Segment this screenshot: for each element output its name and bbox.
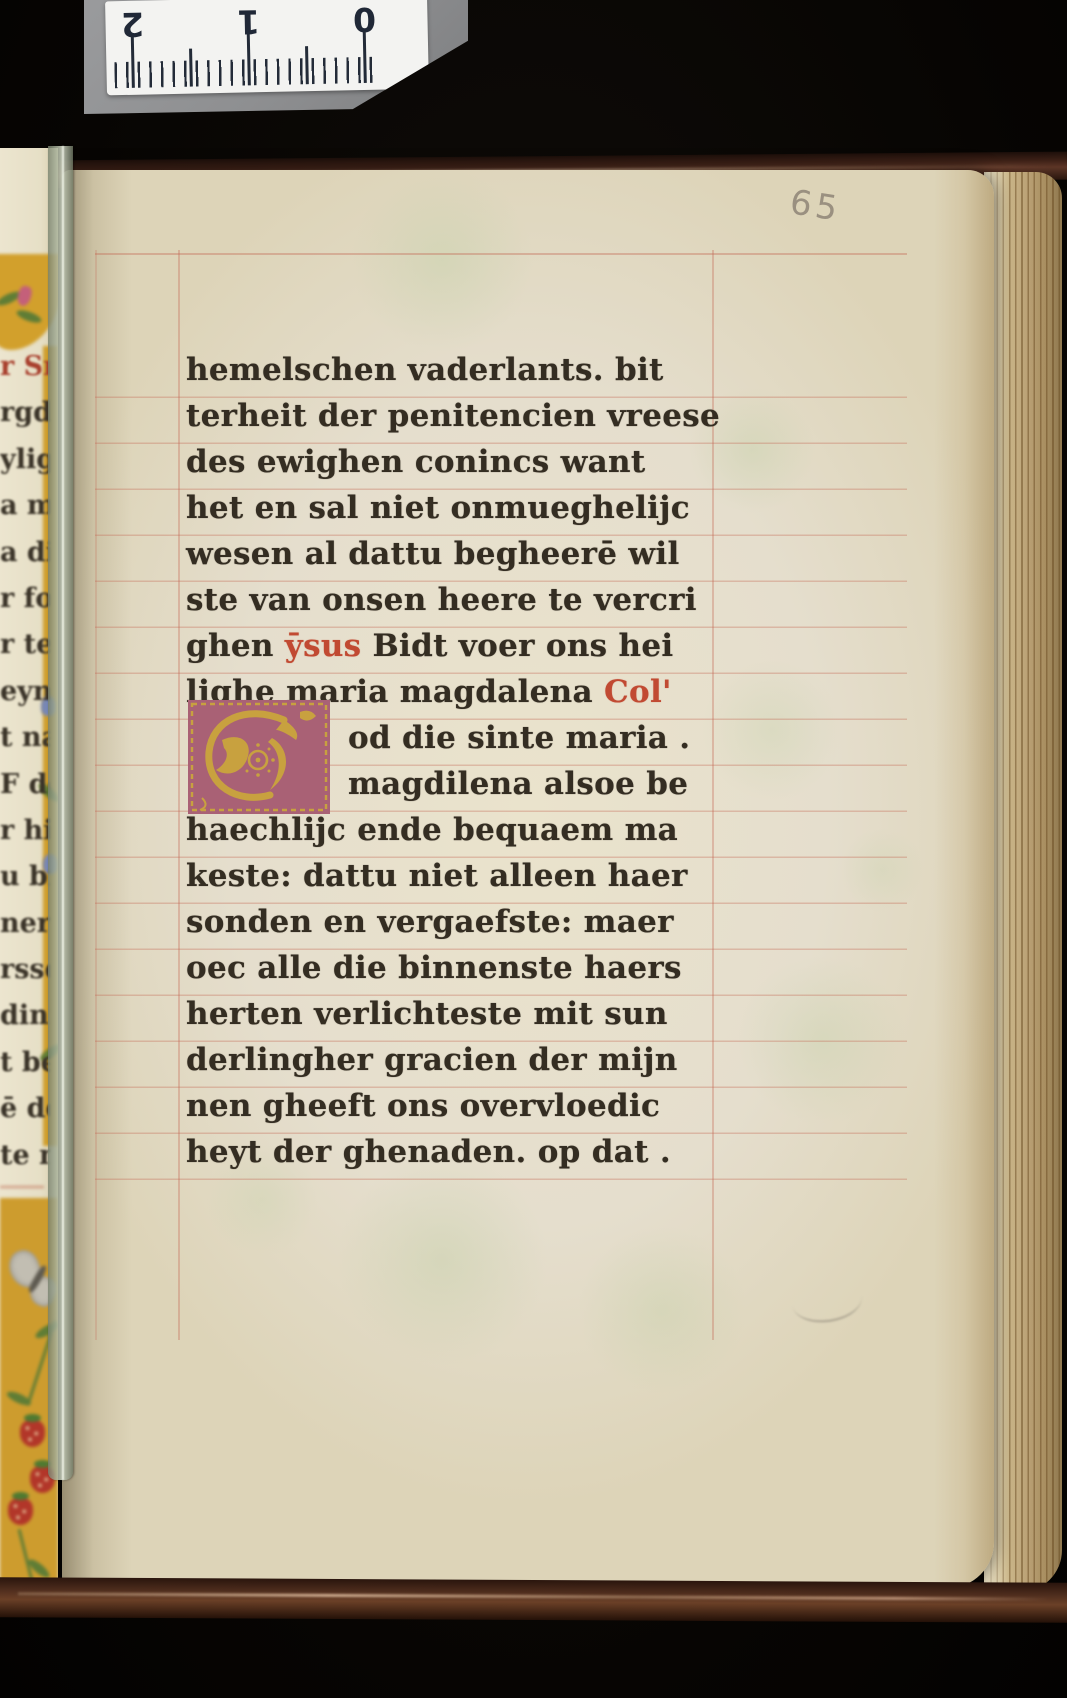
text-block: hemelschen vaderlants. bit terheit der p… xyxy=(186,352,786,1180)
text-segment: oec alle die binnenste haers xyxy=(186,950,682,986)
text-fragment: ylighe xyxy=(0,437,50,483)
initial-ornament xyxy=(188,700,330,814)
glass-weight-strip xyxy=(48,146,73,1480)
leather-binding-bottom-edge xyxy=(0,1577,1067,1623)
text-segment: het en sal niet onmueghelijc xyxy=(186,490,690,526)
strawberry-decoration xyxy=(8,1498,33,1525)
text-segment: derlingher gracien der mijn xyxy=(186,1042,678,1078)
strawberry-cap xyxy=(24,1414,41,1422)
rubric-text: ȳsus xyxy=(285,628,362,664)
leaf-decoration xyxy=(5,1389,32,1408)
text-segment: od die sinte maria . xyxy=(348,720,690,756)
text-fragment: r temi xyxy=(0,622,50,668)
text-line: derlingher gracien der mijn xyxy=(186,1042,786,1088)
stem-decoration xyxy=(18,1529,38,1584)
text-line: sonden en vergaefste: maer xyxy=(186,904,786,950)
half-cm-tick xyxy=(305,46,308,84)
scale-card: 2 1 0 xyxy=(84,0,468,114)
text-line: hemelschen vaderlants. bit xyxy=(186,352,786,398)
ruling-line xyxy=(0,1186,44,1188)
ruling-line xyxy=(95,253,907,255)
text-line: ghen ȳsus Bidt voer ons hei xyxy=(186,628,786,674)
illuminated-initial-G xyxy=(188,700,330,814)
text-line: haechlijc ende bequaem ma xyxy=(186,812,786,858)
text-line: terheit der penitencien vreese xyxy=(186,398,786,444)
centimeter-ruler: 2 1 0 xyxy=(105,0,429,95)
text-segment: herten verlichteste mit sun xyxy=(186,996,668,1032)
text-fragment: dinna xyxy=(0,993,50,1039)
text-fragment: rgdale xyxy=(0,390,50,436)
photograph-scene: 2 1 0 65 xyxy=(0,0,1067,1698)
text-segment: heyt der ghenaden. op dat . xyxy=(186,1134,671,1170)
text-segment: hemelschen vaderlants. bit xyxy=(186,352,664,388)
text-fragment: t be xyxy=(0,1040,50,1086)
text-line: wesen al dattu begheerē wil xyxy=(186,536,786,582)
text-line: oec alle die binnenste haers xyxy=(186,950,786,996)
text-fragment: u bist xyxy=(0,854,50,900)
text-fragment: te ns xyxy=(0,1133,50,1179)
strawberry-cap xyxy=(12,1492,29,1500)
text-segment: terheit der penitencien vreese xyxy=(186,398,720,434)
text-fragment: ē der xyxy=(0,1086,50,1132)
flower-decoration xyxy=(16,285,34,308)
facing-page-text: r Sma rgdale ylighe a mag a die r fonte … xyxy=(0,344,50,1179)
text-segment: ghen xyxy=(186,628,285,664)
ruling-line-vertical xyxy=(95,250,97,1340)
text-segment: des ewighen conincs want xyxy=(186,444,645,480)
rubric-text: Col' xyxy=(604,674,672,710)
text-segment: keste: dattu niet alleen haer xyxy=(186,858,688,894)
text-line: heyt der ghenaden. op dat . xyxy=(186,1134,786,1180)
text-fragment: a die xyxy=(0,530,50,576)
ruling-line-vertical xyxy=(178,250,180,1340)
text-segment: wesen al dattu begheerē wil xyxy=(186,536,680,572)
text-fragment: t nat xyxy=(0,715,50,761)
text-line: ste van onsen heere te vercri xyxy=(186,582,786,628)
half-cm-tick xyxy=(189,49,192,87)
text-fragment: r hithe xyxy=(0,808,50,854)
text-fragment: F dosle xyxy=(0,762,50,808)
page-edge-shadow xyxy=(934,170,994,1588)
page-stack-fore-edge xyxy=(984,172,1062,1592)
text-line: des ewighen conincs want xyxy=(186,444,786,490)
text-line: nen gheeft ons overvloedic xyxy=(186,1088,786,1134)
leaf-decoration xyxy=(15,308,43,325)
text-line: keste: dattu niet alleen haer xyxy=(186,858,786,904)
pencil-smudge xyxy=(789,1275,864,1326)
strawberry-decoration xyxy=(20,1420,45,1447)
text-segment: haechlijc ende bequaem ma xyxy=(186,812,678,848)
text-segment: Bidt voer ons hei xyxy=(361,628,673,664)
folio-number: 65 xyxy=(787,182,844,230)
text-fragment: eynar xyxy=(0,669,50,715)
text-fragment: r Sma xyxy=(0,344,50,390)
text-fragment: r fonte xyxy=(0,576,50,622)
text-line: het en sal niet onmueghelijc xyxy=(186,490,786,536)
text-segment: magdilena alsoe be xyxy=(348,766,688,802)
text-fragment: a mag xyxy=(0,483,50,529)
text-segment: ste van onsen heere te vercri xyxy=(186,582,697,618)
millimeter-ticks xyxy=(114,57,376,88)
text-fragment: ner on xyxy=(0,901,50,947)
text-fragment: rsse di xyxy=(0,947,50,993)
text-segment: nen gheeft ons overvloedic xyxy=(186,1088,660,1124)
text-segment: sonden en vergaefste: maer xyxy=(186,904,674,940)
manuscript-page: 65 xyxy=(62,170,994,1588)
text-line: herten verlichteste mit sun xyxy=(186,996,786,1042)
